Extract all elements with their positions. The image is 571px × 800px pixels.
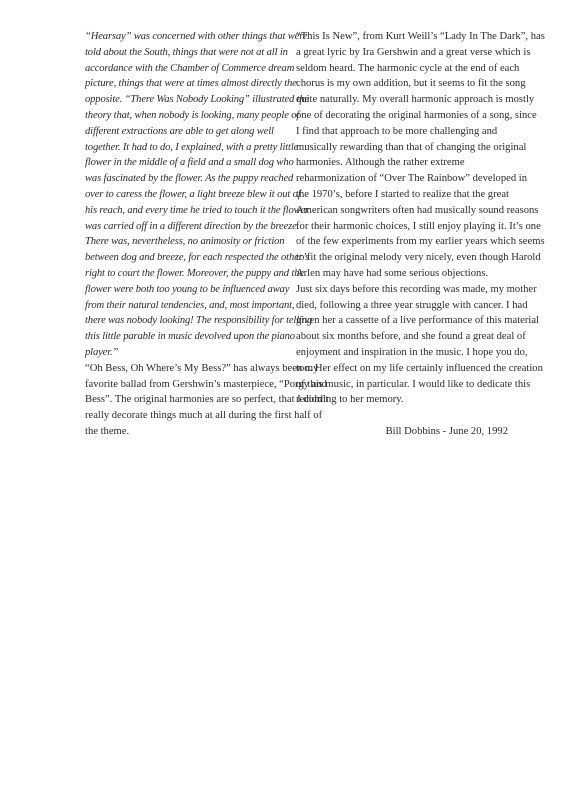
text-line: right to court the flower. Moreover, the… — [85, 266, 297, 282]
text-line: accordance with the Chamber of Commerce … — [85, 61, 297, 77]
text-line: this little parable in music devolved up… — [85, 329, 297, 345]
text-line: about six months before, and she found a… — [296, 329, 508, 345]
text-line: enjoyment and inspiration in the music. … — [296, 345, 508, 361]
dedication-paragraph: Just six days before this recording was … — [296, 282, 508, 408]
text-line: chorus is my own addition, but it seems … — [296, 76, 508, 92]
text-line: the theme. — [85, 424, 297, 440]
text-line: There was, nevertheless, no animosity or… — [85, 234, 297, 250]
text-line: flower in the middle of a field and a sm… — [85, 155, 297, 171]
text-line: over to caress the flower, a light breez… — [85, 187, 297, 203]
text-line: opposite. “There Was Nobody Looking” ill… — [85, 92, 297, 108]
text-line: player.” — [85, 345, 297, 361]
text-line: I find that approach to be more challeng… — [296, 124, 508, 140]
text-line: of the few experiments from my earlier y… — [296, 234, 508, 250]
text-line: flower were both too young to be influen… — [85, 282, 297, 298]
text-line: there was nobody looking! The responsibi… — [85, 313, 297, 329]
text-line: for their harmonic choices, I still enjo… — [296, 219, 508, 235]
text-line: his reach, and every time he tried to to… — [85, 203, 297, 219]
text-line: of this music, in particular. I would li… — [296, 377, 508, 393]
text-line: from their natural tendencies, and, most… — [85, 298, 297, 314]
this-is-new-paragraph: “This Is New”, from Kurt Weill’s “Lady I… — [296, 29, 508, 282]
hearsay-paragraph: “Hearsay” was concerned with other thing… — [85, 29, 297, 361]
text-line: reharmonization of “Over The Rainbow” de… — [296, 171, 508, 187]
text-line: between dog and breeze, for each respect… — [85, 250, 297, 266]
text-line: “Oh Bess, Oh Where’s My Bess?” has alway… — [85, 361, 297, 377]
text-line: was carried off in a different direction… — [85, 219, 297, 235]
text-line: to fit the original melody very nicely, … — [296, 250, 508, 266]
right-column: “This Is New”, from Kurt Weill’s “Lady I… — [296, 29, 508, 440]
text-line: recording to her memory. — [296, 392, 508, 408]
text-line: American songwriters often had musically… — [296, 203, 508, 219]
text-line: “Hearsay” was concerned with other thing… — [85, 29, 297, 45]
text-line: really decorate things much at all durin… — [85, 408, 297, 424]
text-line: was fascinated by the flower. As the pup… — [85, 171, 297, 187]
text-line: the 1970’s, before I started to realize … — [296, 187, 508, 203]
text-line: died, following a three year struggle wi… — [296, 298, 508, 314]
text-line: Just six days before this recording was … — [296, 282, 508, 298]
porgy-bess-paragraph: “Oh Bess, Oh Where’s My Bess?” has alway… — [85, 361, 297, 440]
text-line: quite naturally. My overall harmonic app… — [296, 92, 508, 108]
text-line: a great lyric by Ira Gershwin and a grea… — [296, 45, 508, 61]
text-line: different extractions are able to get al… — [85, 124, 297, 140]
document-page: “Hearsay” was concerned with other thing… — [0, 0, 571, 800]
text-line: too. Her effect on my life certainly inf… — [296, 361, 508, 377]
signature: Bill Dobbins - June 20, 1992 — [296, 424, 508, 440]
blank-line — [296, 408, 508, 424]
text-line: harmonies. Although the rather extreme — [296, 155, 508, 171]
text-line: together. It had to do, I explained, wit… — [85, 140, 297, 156]
text-line: Arlen may have had some serious objectio… — [296, 266, 508, 282]
text-line: one of decorating the original harmonies… — [296, 108, 508, 124]
text-line: seldom heard. The harmonic cycle at the … — [296, 61, 508, 77]
text-line: musically rewarding than that of changin… — [296, 140, 508, 156]
text-line: “This Is New”, from Kurt Weill’s “Lady I… — [296, 29, 508, 45]
text-line: picture, things that were at times almos… — [85, 76, 297, 92]
text-line: told about the South, things that were n… — [85, 45, 297, 61]
text-line: given her a cassette of a live performan… — [296, 313, 508, 329]
left-column: “Hearsay” was concerned with other thing… — [85, 29, 297, 440]
text-line: theory that, when nobody is looking, man… — [85, 108, 297, 124]
text-line: favorite ballad from Gershwin’s masterpi… — [85, 377, 297, 393]
text-line: Bess”. The original harmonies are so per… — [85, 392, 297, 408]
